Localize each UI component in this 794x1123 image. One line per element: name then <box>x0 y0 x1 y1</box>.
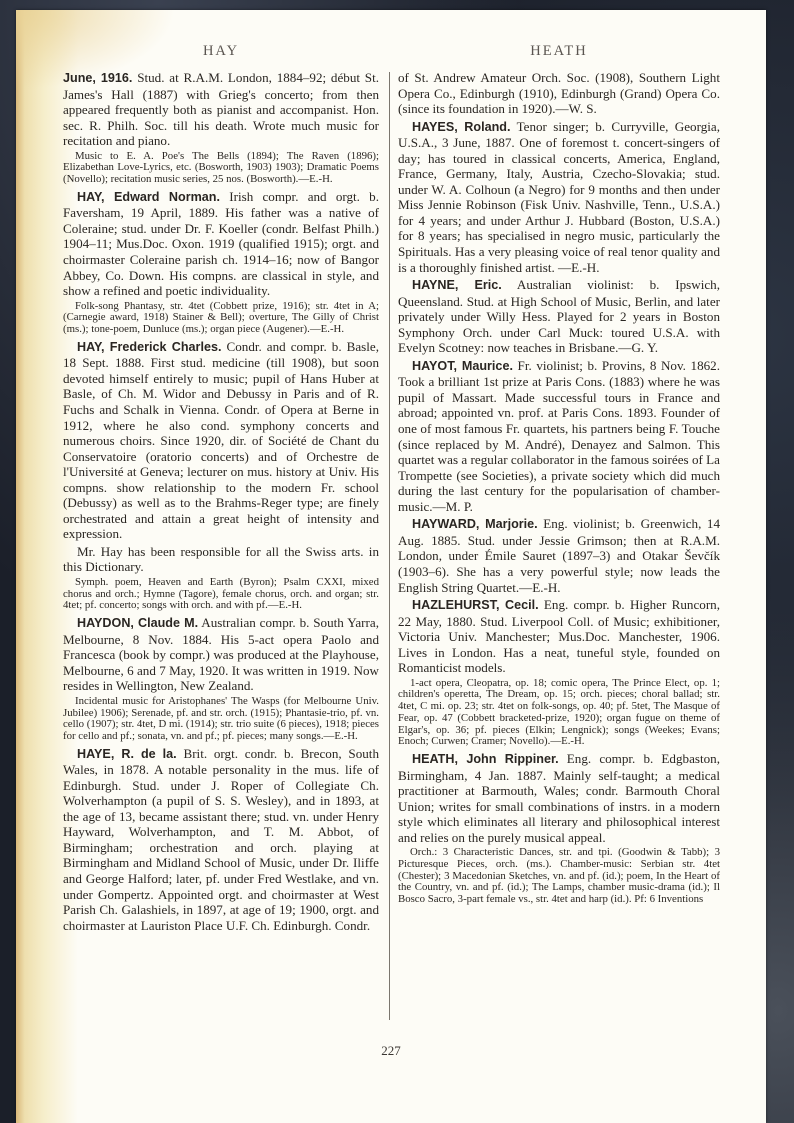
headword: HAYES, Roland. <box>412 120 510 134</box>
headword: HEATH, John Rippiner. <box>412 752 559 766</box>
headword: HAZLEHURST, Cecil. <box>412 598 539 612</box>
works-list: Music to E. A. Poe's The Bells (1894); T… <box>63 151 379 186</box>
continuation-lead: June, 1916. <box>63 71 132 85</box>
entry-text: Fr. violinist; b. Provins, 8 Nov. 1862. … <box>398 358 720 514</box>
entry-haye-r-de-la: HAYE, R. de la. Brit. orgt. condr. b. Br… <box>63 746 379 934</box>
entry-hazlehurst-cecil: HAZLEHURST, Cecil. Eng. compr. b. Higher… <box>398 597 720 676</box>
right-column: HEATH of St. Andrew Amateur Orch. Soc. (… <box>398 44 720 909</box>
entry-text: Condr. and compr. b. Basle, 18 Sept. 188… <box>63 339 379 542</box>
running-head-right: HEATH <box>398 44 720 64</box>
entry-text: Brit. orgt. condr. b. Brecon, South Wale… <box>63 746 379 933</box>
book-page: HAY June, 1916. Stud. at R.A.M. London, … <box>16 10 766 1123</box>
works-list: Symph. poem, Heaven and Earth (Byron); P… <box>63 577 379 612</box>
entry-hayes-roland: HAYES, Roland. Tenor singer; b. Curryvil… <box>398 119 720 275</box>
works-list: 1-act opera, Cleopatra, op. 18; comic op… <box>398 678 720 748</box>
headword: HAY, Edward Norman. <box>77 190 220 204</box>
headword: HAYDON, Claude M. <box>77 616 198 630</box>
left-column: HAY June, 1916. Stud. at R.A.M. London, … <box>63 44 379 933</box>
headword: HAYE, R. de la. <box>77 747 177 761</box>
headword: HAYWARD, Marjorie. <box>412 517 538 531</box>
entry-hayot-maurice: HAYOT, Maurice. Fr. violinist; b. Provin… <box>398 358 720 514</box>
entry-hayne-eric: HAYNE, Eric. Australian violinist: b. Ip… <box>398 277 720 356</box>
headword: HAYOT, Maurice. <box>412 359 513 373</box>
entry-text: Irish compr. and orgt. b. Faversham, 19 … <box>63 189 379 298</box>
headword: HAY, Frederick Charles. <box>77 340 221 354</box>
page-number: 227 <box>16 1043 766 1059</box>
works-list: Folk-song Phantasy, str. 4tet (Cobbett p… <box>63 301 379 336</box>
headword: HAYNE, Eric. <box>412 278 502 292</box>
continuation-entry: June, 1916. Stud. at R.A.M. London, 1884… <box>63 70 379 149</box>
entry-hayward-marjorie: HAYWARD, Marjorie. Eng. violinist; b. Gr… <box>398 516 720 595</box>
running-head-left: HAY <box>63 44 379 64</box>
entry-heath-john-rippiner: HEATH, John Rippiner. Eng. compr. b. Edg… <box>398 751 720 845</box>
entry-hay-frederick-charles: HAY, Frederick Charles. Condr. and compr… <box>63 339 379 542</box>
entry-text: Tenor singer; b. Curryville, Georgia, U.… <box>398 119 720 275</box>
works-list: Incidental music for Aristophanes' The W… <box>63 696 379 743</box>
entry-hay-edward-norman: HAY, Edward Norman. Irish compr. and org… <box>63 189 379 299</box>
entry-haydon-claude: HAYDON, Claude M. Australian compr. b. S… <box>63 615 379 694</box>
continuation-entry: of St. Andrew Amateur Orch. Soc. (1908),… <box>398 70 720 117</box>
column-divider <box>389 72 390 1020</box>
entry-note: Mr. Hay has been responsible for all the… <box>63 544 379 575</box>
works-list: Orch.: 3 Characteristic Dances, str. and… <box>398 847 720 906</box>
